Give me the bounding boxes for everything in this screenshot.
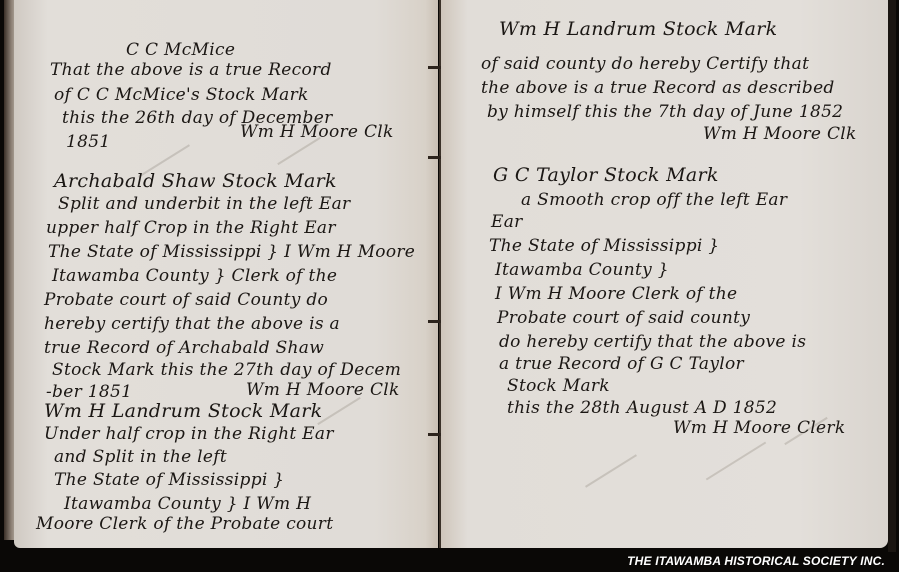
entry-date-year: 1851 bbox=[66, 132, 110, 152]
entry-line: The State of Mississippi } bbox=[489, 236, 719, 256]
ink-bleed-mark bbox=[706, 442, 766, 481]
entry-line: Stock Mark bbox=[507, 376, 610, 396]
book-cover-right-edge bbox=[888, 0, 896, 552]
entry-line: Under half crop in the Right Ear bbox=[44, 424, 334, 444]
right-page: Wm H Landrum Stock Mark of said county d… bbox=[441, 0, 888, 548]
entry-line: upper half Crop in the Right Ear bbox=[46, 218, 336, 238]
entry-line: of said county do hereby Certify that bbox=[481, 54, 809, 74]
entry-heading: Archabald Shaw Stock Mark bbox=[54, 170, 337, 192]
entry-line: a true Record of G C Taylor bbox=[499, 354, 744, 374]
ink-bleed-mark bbox=[317, 397, 360, 425]
entry-line: Probate court of said County do bbox=[44, 290, 328, 310]
clerk-signature: Wm H Moore Clk bbox=[703, 124, 857, 144]
clerk-signature: Wm H Moore Clk bbox=[246, 380, 400, 400]
entry-line: this the 28th August A D 1852 bbox=[507, 398, 777, 418]
entry-heading: Wm H Landrum Stock Mark bbox=[499, 18, 777, 40]
entry-line: hereby certify that the above is a bbox=[44, 314, 340, 334]
entry-line: Itawamba County } Clerk of the bbox=[52, 266, 337, 286]
entry-heading: G C Taylor Stock Mark bbox=[493, 164, 719, 186]
entry-line: the above is a true Record as described bbox=[481, 78, 835, 98]
ink-bleed-mark bbox=[585, 454, 637, 487]
entry-line: -ber 1851 bbox=[46, 382, 132, 402]
ledger-book: C C McMice That the above is a true Reco… bbox=[4, 0, 894, 552]
left-page: C C McMice That the above is a true Reco… bbox=[14, 0, 438, 548]
entry-line: The State of Mississippi } I Wm H Moore bbox=[48, 242, 415, 262]
entry-line: Itawamba County } bbox=[495, 260, 669, 280]
entry-line: Itawamba County } I Wm H bbox=[64, 494, 311, 514]
entry-heading: Wm H Landrum Stock Mark bbox=[44, 400, 322, 422]
entry-line: Moore Clerk of the Probate court bbox=[36, 514, 333, 534]
photo-frame: C C McMice That the above is a true Reco… bbox=[0, 0, 899, 572]
entry-line: true Record of Archabald Shaw bbox=[44, 338, 324, 358]
entry-line: by himself this the 7th day of June 1852 bbox=[487, 102, 843, 122]
entry-line: I Wm H Moore Clerk of the bbox=[495, 284, 737, 304]
entry-line: The State of Mississippi } bbox=[54, 470, 284, 490]
entry-line: a Smooth crop off the left Ear bbox=[521, 190, 787, 210]
entry-line: That the above is a true Record bbox=[50, 60, 332, 80]
entry-line: Stock Mark this the 27th day of Decem bbox=[52, 360, 401, 380]
entry-line: and Split in the left bbox=[54, 447, 227, 467]
entry-line: of C C McMice's Stock Mark bbox=[54, 85, 309, 105]
entry-line: do hereby certify that the above is bbox=[499, 332, 806, 352]
entry-line: Split and underbit in the left Ear bbox=[58, 194, 350, 214]
watermark-caption: THE ITAWAMBA HISTORICAL SOCIETY INC. bbox=[627, 554, 885, 568]
clerk-signature: Wm H Moore Clerk bbox=[673, 418, 845, 438]
entry-line: Probate court of said county bbox=[497, 308, 750, 328]
entry-heading: C C McMice bbox=[126, 40, 235, 60]
clerk-signature: Wm H Moore Clk bbox=[240, 122, 394, 142]
entry-line: Ear bbox=[491, 212, 523, 232]
